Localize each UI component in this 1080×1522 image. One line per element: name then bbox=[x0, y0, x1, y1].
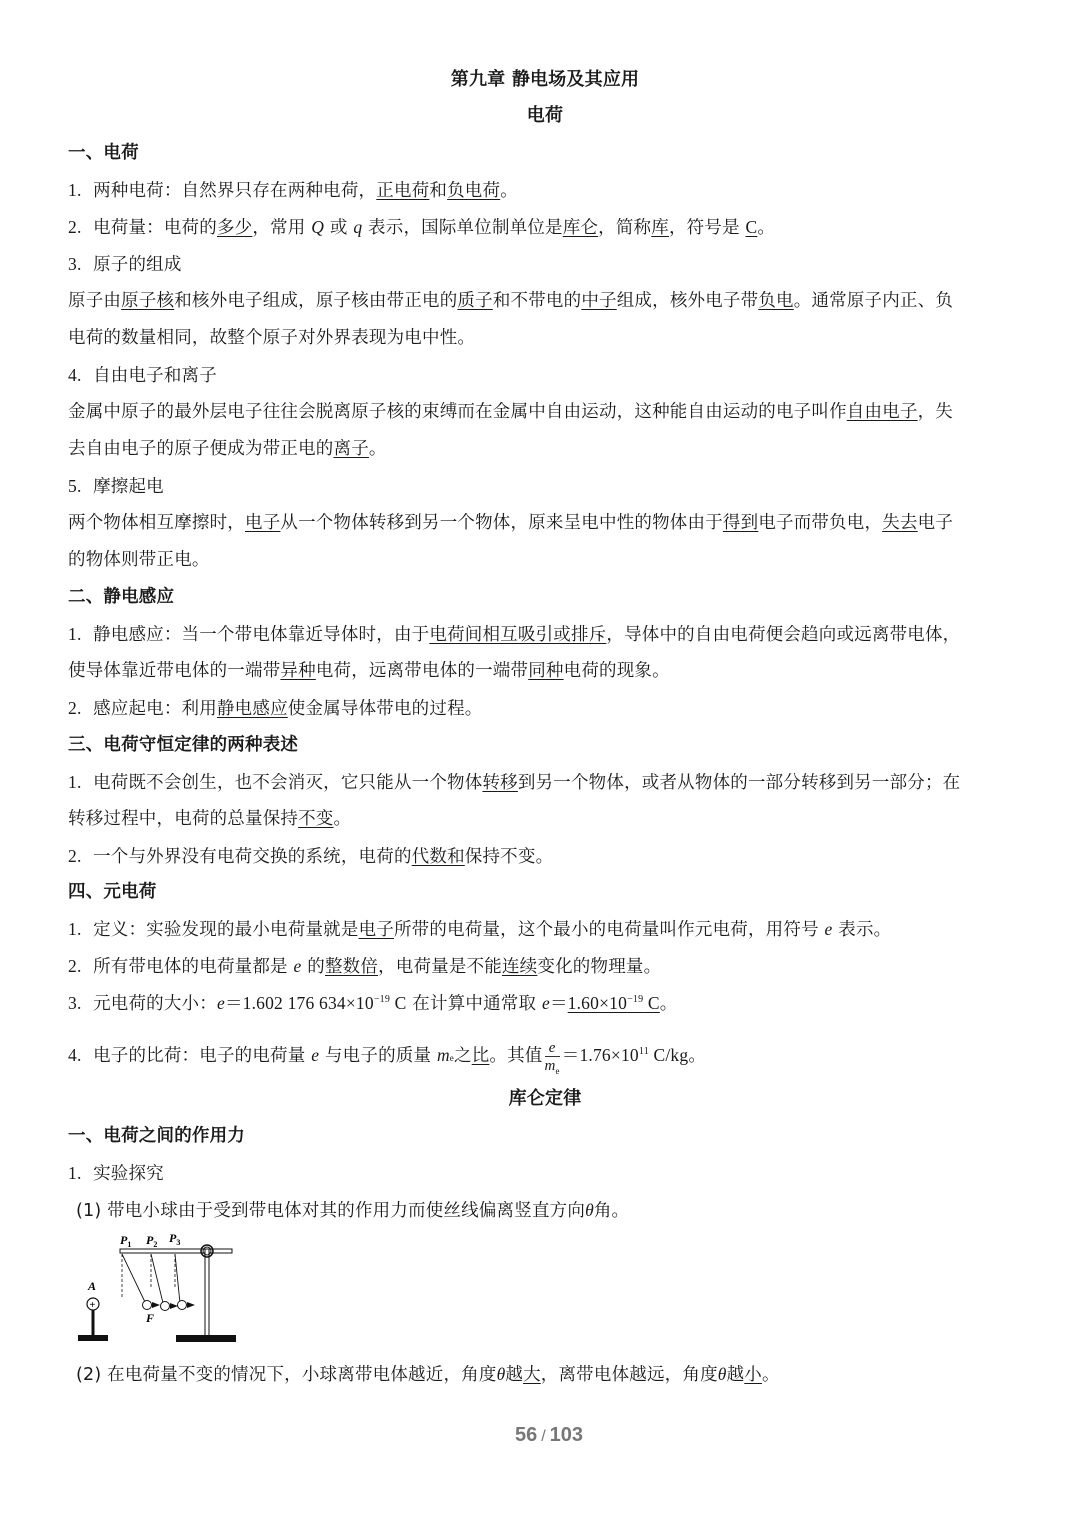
para-conservation-2: 2. 一个与外界没有电荷交换的系统，电荷的代数和保持不变。 bbox=[68, 844, 553, 869]
para-two-charges: 1. 两种电荷：自然界只存在两种电荷，正电荷和负电荷。 bbox=[68, 178, 518, 203]
heading-force-between-charges: 一、电荷之间的作用力 bbox=[68, 1124, 245, 1148]
para-specific-charge: 4. 电子的比荷：电子的电荷量 e 与电子的质量 me之比。其值eme＝1.76… bbox=[68, 1036, 706, 1076]
svg-text:P3: P3 bbox=[169, 1231, 180, 1247]
para-friction-1: 两个物体相互摩擦时，电子从一个物体转移到另一个物体，原来呈电中性的物体由于得到电… bbox=[68, 511, 953, 535]
total-pages: 103 bbox=[550, 1424, 583, 1446]
para-integer-multiple: 2. 所有带电体的电荷量都是 e 的整数倍，电荷量是不能连续变化的物理量。 bbox=[68, 954, 661, 979]
current-page: 56 bbox=[515, 1424, 537, 1446]
heading-electrostatic-induction: 二、静电感应 bbox=[68, 585, 174, 609]
svg-text:+: + bbox=[90, 1300, 96, 1311]
para-atom-composition-2: 电荷的数量相同，故整个原子对外界表现为电中性。 bbox=[68, 326, 475, 350]
subheading-experiment: 1. 实验探究 bbox=[68, 1161, 164, 1186]
para-free-electrons-2: 去自由电子的原子便成为带正电的离子。 bbox=[68, 437, 387, 461]
para-experiment-2: (2) 在电荷量不变的情况下，小球离带电体越近，角度θ越大，离带电体越远，角度θ… bbox=[76, 1362, 780, 1387]
para-atom-composition-1: 原子由原子核和核外电子组成，原子核由带正电的质子和不带电的中子组成，核外电子带负… bbox=[68, 289, 953, 313]
svg-text:P2: P2 bbox=[146, 1233, 157, 1249]
page-separator: / bbox=[541, 1428, 545, 1445]
para-charge-quantity: 2. 电荷量：电荷的多少，常用 Q 或 q 表示，国际单位制单位是库仑，简称库，… bbox=[68, 215, 775, 240]
para-induction-charging: 2. 感应起电：利用静电感应使金属导体带电的过程。 bbox=[68, 696, 482, 721]
para-elementary-value: 3. 元电荷的大小：e＝1.602 176 634×10−19 C 在计算中通常… bbox=[68, 991, 677, 1016]
specific-charge-fraction: eme bbox=[545, 1040, 560, 1080]
section-title-coulomb: 库仑定律 bbox=[0, 1087, 1080, 1111]
heading-charge-conservation: 三、电荷守恒定律的两种表述 bbox=[68, 733, 298, 757]
para-friction-2: 的物体则带正电。 bbox=[68, 548, 210, 572]
chapter-title: 第九章 静电场及其应用 bbox=[0, 68, 1080, 92]
subheading-friction-charging: 5. 摩擦起电 bbox=[68, 474, 164, 499]
para-elementary-definition: 1. 定义：实验发现的最小电荷量就是电子所带的电荷量，这个最小的电荷量叫作元电荷… bbox=[68, 917, 891, 942]
para-free-electrons-1: 金属中原子的最外层电子往往会脱离原子核的束缚而在金属中自由运动，这种能自由运动的… bbox=[68, 400, 953, 424]
subheading-atom-composition: 3. 原子的组成 bbox=[68, 252, 182, 277]
svg-text:A: A bbox=[87, 1279, 96, 1293]
subheading-free-electrons: 4. 自由电子和离子 bbox=[68, 363, 217, 388]
coulomb-experiment-figure: A + P1 P2 P3 bbox=[70, 1230, 240, 1350]
para-induction-1: 1. 静电感应：当一个带电体靠近导体时，由于电荷间相互吸引或排斥，导体中的自由电… bbox=[68, 622, 960, 647]
para-experiment-1: (1) 带电小球由于受到带电体对其的作用力而使丝线偏离竖直方向θ角。 bbox=[76, 1198, 629, 1223]
heading-elementary-charge: 四、元电荷 bbox=[68, 880, 157, 904]
para-conservation-1: 1. 电荷既不会创生，也不会消灭，它只能从一个物体转移到另一个物体，或者从物体的… bbox=[68, 770, 960, 795]
para-conservation-1b: 转移过程中，电荷的总量保持不变。 bbox=[68, 807, 351, 831]
para-induction-2: 使导体靠近带电体的一端带异种电荷，远离带电体的一端带同种电荷的现象。 bbox=[68, 659, 670, 683]
svg-text:P1: P1 bbox=[120, 1233, 131, 1249]
page-indicator: 56/103 bbox=[0, 1424, 1080, 1447]
document-page: 第九章 静电场及其应用 电荷 一、电荷 1. 两种电荷：自然界只存在两种电荷，正… bbox=[0, 0, 1080, 1522]
heading-charge: 一、电荷 bbox=[68, 141, 139, 165]
pendulum-diagram-icon: A + P1 P2 P3 bbox=[70, 1230, 240, 1350]
svg-text:F: F bbox=[145, 1311, 154, 1325]
section-title-charge: 电荷 bbox=[0, 104, 1080, 128]
